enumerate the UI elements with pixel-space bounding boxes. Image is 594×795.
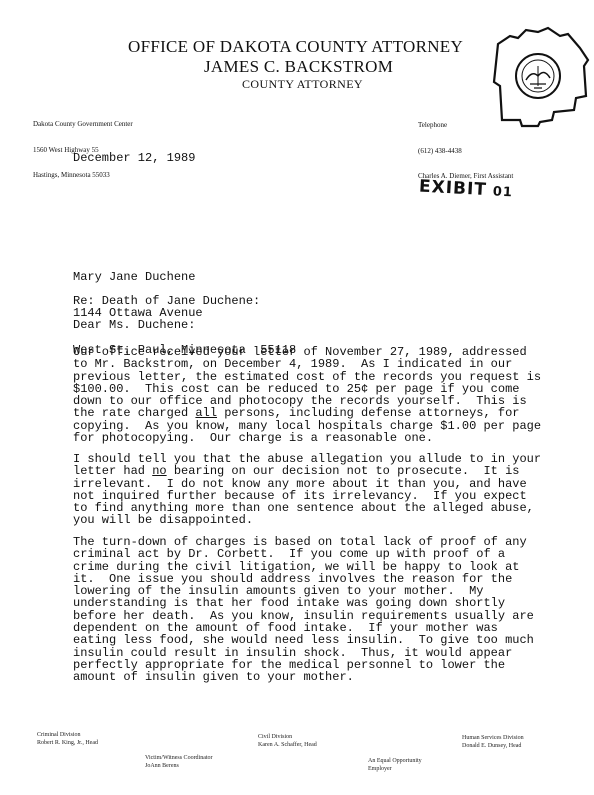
footer-criminal-division: Criminal Division Robert R. King, Jr., H… [37, 731, 98, 747]
subject-line: Re: Death of Jane Duchene: [73, 295, 260, 307]
salutation: Dear Ms. Duchene: [73, 319, 195, 331]
recipient-name: Mary Jane Duchene [73, 271, 296, 283]
paragraph-charges-turndown: The turn-down of charges is based on tot… [73, 536, 534, 684]
letter-date: December 12, 1989 [73, 151, 195, 165]
address-line: Hastings, Minnesota 55033 [33, 171, 133, 180]
county-seal-map-icon [488, 26, 592, 130]
contact-line: (612) 438-4438 [418, 147, 513, 156]
paragraph-abuse-allegation: I should tell you that the abuse allegat… [73, 453, 541, 527]
paragraph-records-cost: Our office received your letter of Novem… [73, 346, 541, 444]
exhibit-stamp: EXIBIT01 [419, 177, 514, 202]
exhibit-number: 01 [492, 184, 513, 200]
office-address: Dakota County Government Center 1560 Wes… [33, 103, 133, 188]
attorney-role: COUNTY ATTORNEY [242, 77, 363, 92]
address-line: Dakota County Government Center [33, 120, 133, 129]
office-title: OFFICE OF DAKOTA COUNTY ATTORNEY [128, 37, 463, 57]
exhibit-label: EXIBIT [419, 177, 488, 201]
footer-victim-witness: Victim/Witness Coordinator JoAnn Berens [145, 754, 213, 770]
footer-civil-division: Civil Division Karen A. Schaffer, Head [258, 733, 317, 749]
footer-equal-opportunity: An Equal Opportunity Employer [368, 757, 422, 773]
footer-human-services-division: Human Services Division Donald E. Dunsey… [462, 734, 524, 750]
attorney-name: JAMES C. BACKSTROM [204, 57, 393, 77]
